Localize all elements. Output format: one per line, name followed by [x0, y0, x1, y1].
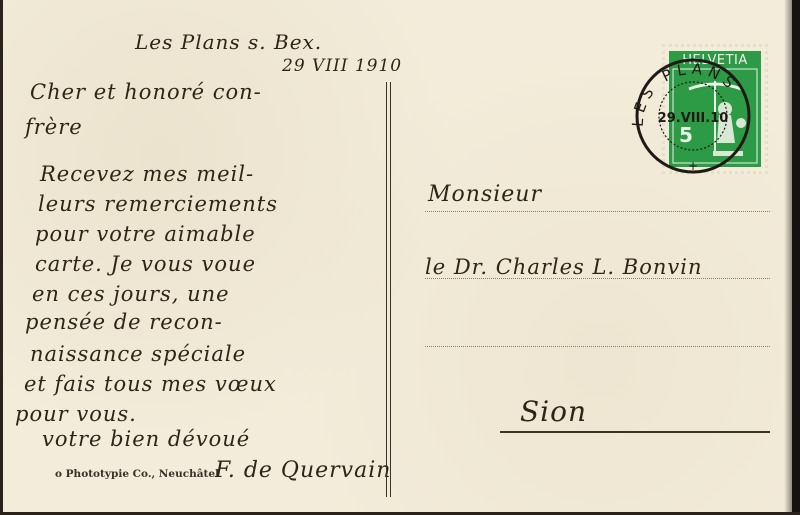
address-line-3	[425, 346, 770, 347]
message-line: pour votre aimable	[35, 222, 256, 246]
message-line: frère	[25, 115, 83, 139]
message-line: leurs remerciements	[38, 192, 278, 216]
message-line: en ces jours, une	[32, 282, 230, 306]
message-line: et fais tous mes vœux	[24, 372, 277, 396]
message-line: Recevez mes meil-	[40, 162, 254, 186]
address-line-2	[425, 278, 770, 279]
postcard: Les Plans s. Bex. 29 VIII 1910 Cher et h…	[0, 0, 800, 515]
message-line: Cher et honoré con-	[30, 80, 262, 104]
svg-text:+: +	[688, 159, 698, 173]
address-line-4	[500, 431, 770, 433]
address-salutation: Monsieur	[428, 182, 542, 207]
center-divider	[386, 82, 391, 497]
message-line: votre bien dévoué	[42, 427, 250, 451]
message-line: naissance spéciale	[30, 342, 246, 366]
address-name: le Dr. Charles L. Bonvin	[425, 255, 703, 279]
address-city: Sion	[520, 395, 587, 428]
message-line: pour vous.	[15, 402, 137, 426]
place-line: Les Plans s. Bex.	[135, 30, 322, 54]
address-line-1	[425, 211, 770, 212]
postmark-date: 29.VIII.10	[658, 111, 729, 126]
message-line: carte. Je vous voue	[35, 252, 256, 276]
card-edge-left	[0, 0, 3, 515]
signature: F. de Quervain	[215, 458, 391, 483]
postmark-icon: LES PLANS 29.VIII.10 +	[623, 46, 763, 186]
message-line: pensée de recon-	[25, 310, 223, 334]
date-line: 29 VIII 1910	[282, 56, 402, 76]
printer-credit: o Phototypie Co., Neuchâtel	[55, 468, 219, 480]
card-edge-right	[792, 0, 800, 515]
